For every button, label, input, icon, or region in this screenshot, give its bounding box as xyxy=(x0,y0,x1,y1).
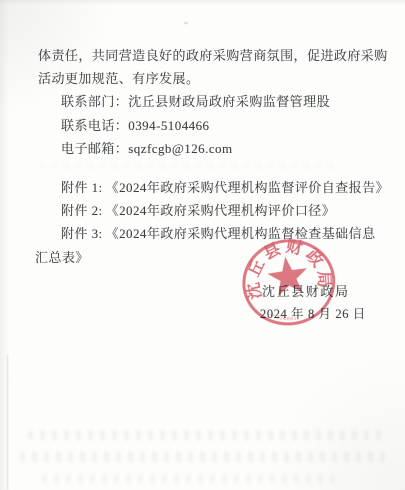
contact-phone-label: 联系电话： xyxy=(61,118,128,133)
contact-phone-line: 联系电话：0394-5104466 xyxy=(38,114,374,137)
contact-phone-value: 0394-5104466 xyxy=(128,118,209,133)
body-line-1: 体责任，共同营造良好的政府采购营商氛围，促进政府采购 xyxy=(38,44,374,67)
attachment-2-label: 附件 2: xyxy=(61,203,103,218)
scanned-document-page: 体责任，共同营造良好的政府采购营商氛围，促进政府采购 活动更加规范、有序发展。 … xyxy=(0,0,405,490)
attachment-2-title: 《2024年政府采购代理机构评价口径》 xyxy=(106,203,336,218)
contact-email-value: sqzfcgb@126.com xyxy=(128,141,232,156)
scan-speck xyxy=(184,22,188,24)
official-seal: 沈丘县财政局 4116240093 xyxy=(227,224,355,344)
contact-email-line: 电子邮箱：sqzfcgb@126.com xyxy=(38,137,374,160)
attachment-1-label: 附件 1: xyxy=(61,180,103,195)
attachment-3-label: 附件 3: xyxy=(61,226,103,241)
scan-ghosting-artifact xyxy=(28,430,388,440)
contact-department-label: 联系部门： xyxy=(61,94,128,109)
contact-email-label: 电子邮箱： xyxy=(61,141,128,156)
scan-ghosting-artifact xyxy=(20,452,392,462)
attachment-row-2: 附件 2:《2024年政府采购代理机构评价口径》 xyxy=(38,199,374,222)
attachment-row-1: 附件 1:《2024年政府采购代理机构监督评价自查报告》 xyxy=(38,176,374,199)
attachment-1-title: 《2024年政府采购代理机构监督评价自查报告》 xyxy=(106,180,389,195)
contact-department-value: 沈丘县财政局政府采购监督管理股 xyxy=(128,94,330,109)
scan-ghosting-artifact xyxy=(42,474,342,484)
body-line-2: 活动更加规范、有序发展。 xyxy=(38,67,374,90)
scan-edge-line xyxy=(7,355,8,490)
contact-department-line: 联系部门：沈丘县财政局政府采购监督管理股 xyxy=(38,90,374,113)
